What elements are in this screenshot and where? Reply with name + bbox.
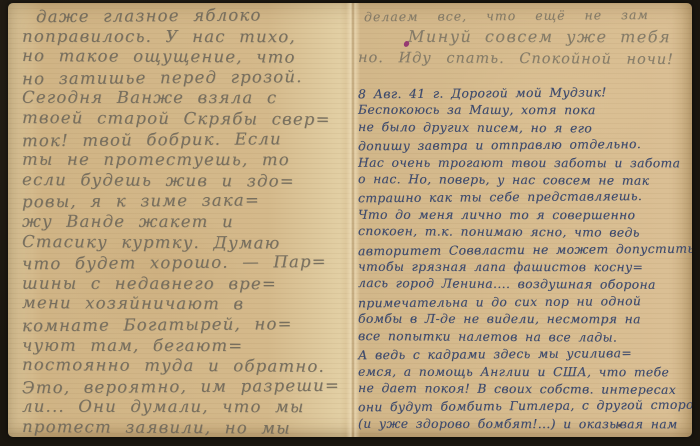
handwritten-line: Это, вероятно, им разреши=	[22, 375, 350, 398]
handwritten-line: (и уже здорово бомбят!...) и оказывая на…	[358, 415, 690, 433]
letter-paper: даже глазное яблоко поправилось. У нас т…	[8, 3, 692, 437]
handwritten-line: страшно как ты себе представляешь.	[358, 188, 690, 208]
handwritten-line: спокоен, т.к. понимаю ясно, что ведь	[358, 223, 690, 242]
handwritten-line: допишу завтра и отправлю отдельно.	[358, 136, 690, 156]
handwritten-line: Что до меня лично то я совершенно	[358, 207, 690, 225]
letter-page-left: даже глазное яблоко поправилось. У нас т…	[22, 3, 350, 437]
handwritten-line: если будешь жив и здо=	[22, 170, 350, 193]
handwritten-line: чуют там, бегают=	[22, 335, 350, 356]
ink-letter-body-block: 8 Авг. 41 г. Дорогой мой Мудзик! Беспоко…	[358, 85, 690, 433]
handwritten-line: Нас очень трогают твои заботы и забота	[358, 154, 690, 172]
handwritten-line: 8 Авг. 41 г. Дорогой мой Мудзик!	[358, 84, 690, 104]
handwritten-line: что будет хорошо. — Пар=	[22, 252, 350, 275]
handwritten-line: бомбы в Л-де не видели, несмотря на	[358, 311, 690, 329]
handwritten-line: лась город Ленина.... воздушная оборона	[358, 275, 690, 294]
handwritten-line: они будут бомбить Гитлера, с другой стор…	[358, 397, 690, 417]
handwritten-line: но затишье перед грозой.	[22, 66, 350, 89]
handwritten-line: ток! твой бобрик. Если	[22, 128, 350, 151]
handwritten-line: авторитет Соввласти не может допустить	[358, 240, 690, 260]
handwritten-line: А ведь с кадрами здесь мы усилива=	[358, 345, 690, 365]
ink-speck	[618, 424, 621, 427]
handwritten-line: но. Иду спать. Спокойной ночи!	[356, 47, 688, 71]
letter-page-right: делаем все, что ещё не зам Минуй совсем …	[356, 3, 688, 5]
handwritten-line: примечательна и до сих пор ни одной	[358, 293, 690, 313]
handwritten-line: но такое ощущение, что	[22, 46, 350, 69]
handwritten-line: шины с недавнего вре=	[22, 273, 350, 294]
handwritten-line: ли... Они думали, что мы	[22, 397, 350, 418]
handwritten-line: жу Ванде жакет и	[22, 212, 350, 233]
scanned-letter-image: даже глазное яблоко поправилось. У нас т…	[0, 0, 700, 446]
handwritten-line: постоянно туда и обратно.	[22, 355, 350, 378]
handwritten-line: даже глазное яблоко	[22, 5, 350, 28]
handwritten-line: Беспокоюсь за Машу, хотя пока	[358, 102, 690, 120]
handwritten-line: мени хозяйничают в	[22, 293, 350, 316]
pencil-postscript-block: делаем все, что ещё не зам Минуй совсем …	[356, 6, 688, 70]
handwritten-line: Сегодня Ванже взяла с	[22, 88, 350, 109]
handwritten-line: делаем все, что ещё не зам	[356, 5, 688, 28]
handwritten-line: ровы, я к зиме зака=	[22, 190, 350, 213]
handwritten-line: поправилось. У нас тихо,	[22, 26, 350, 47]
handwritten-line: комнате Богатырей, но=	[22, 314, 350, 337]
handwritten-line: твоей старой Скрябы свер=	[22, 108, 350, 131]
handwritten-line: ты не протестуешь, то	[22, 150, 350, 171]
handwritten-line: чтобы грязная лапа фашистов косну=	[358, 259, 690, 277]
handwritten-line: емся, а помощь Англии и США, что тебе	[358, 363, 690, 381]
handwritten-line: Стасику куртку. Думаю	[22, 232, 350, 255]
handwritten-line: протест заявили, но мы	[22, 417, 350, 437]
